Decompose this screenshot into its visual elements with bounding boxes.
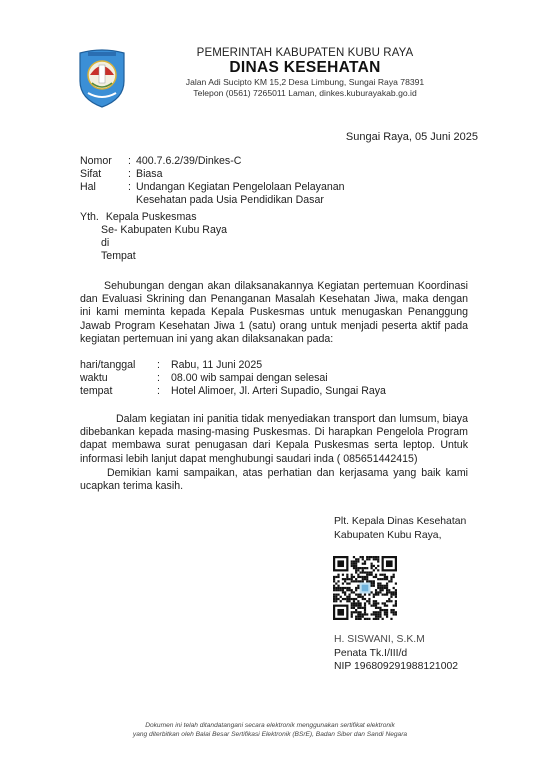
esign-footer: Dokumen ini telah ditandatangani secara … xyxy=(60,722,480,740)
body-paragraph-3: Demikian kami sampaikan, atas perhatian … xyxy=(80,467,468,493)
meta-label: Nomor xyxy=(80,155,128,168)
detail-row-place: tempat : Hotel Alimoer, Jl. Arteri Supad… xyxy=(80,385,386,398)
signer-nip: NIP 196809291988121002 xyxy=(334,660,458,674)
recipient-salutation: Yth. xyxy=(80,211,99,223)
footer-line-1: Dokumen ini telah ditandatangani secara … xyxy=(60,722,480,731)
detail-label: hari/tanggal xyxy=(80,359,146,372)
detail-colon: : xyxy=(146,359,171,372)
department-address: Jalan Adi Sucipto KM 15,2 Desa Limbung, … xyxy=(150,77,460,88)
signer-block: H. SISWANI, S.K.M Penata Tk.I/III/d NIP … xyxy=(334,633,458,674)
meta-value: Biasa xyxy=(136,168,366,181)
body-paragraph-1: Sehubungan dengan akan dilaksanakannya K… xyxy=(80,280,468,346)
detail-row-date: hari/tanggal : Rabu, 11 Juni 2025 xyxy=(80,359,386,372)
meta-row-sifat: Sifat : Biasa xyxy=(80,168,366,181)
government-name: PEMERINTAH KABUPATEN KUBU RAYA xyxy=(150,46,460,60)
detail-label: waktu xyxy=(80,372,146,385)
meta-label: Sifat xyxy=(80,168,128,181)
detail-label: tempat xyxy=(80,385,146,398)
regency-emblem-icon xyxy=(76,47,128,109)
paragraph-3-text: Demikian kami sampaikan, atas perhatian … xyxy=(80,467,468,492)
department-name: DINAS KESEHATAN xyxy=(150,60,460,76)
signature-title-line-2: Kabupaten Kubu Raya, xyxy=(334,529,466,543)
department-contact: Telepon (0561) 7265011 Laman, dinkes.kub… xyxy=(150,88,460,99)
detail-colon: : xyxy=(146,372,171,385)
recipient-block: Yth. Kepala Puskesmas Se- Kabupaten Kubu… xyxy=(80,211,227,263)
letter-meta: Nomor : 400.7.6.2/39/Dinkes-C Sifat : Bi… xyxy=(80,155,366,207)
meta-colon: : xyxy=(128,181,136,207)
qr-code-icon xyxy=(333,556,397,620)
paragraph-1-text: Sehubungan dengan akan dilaksanakannya K… xyxy=(80,280,468,345)
body-paragraph-2: Dalam kegiatan ini panitia tidak menyedi… xyxy=(80,413,468,466)
signer-name: H. SISWANI, S.K.M xyxy=(334,633,458,647)
paragraph-2-text: Dalam kegiatan ini panitia tidak menyedi… xyxy=(80,413,468,465)
footer-line-2: yang diterbitkan oleh Balai Besar Sertif… xyxy=(60,731,480,740)
recipient-di: di xyxy=(80,237,227,250)
detail-value: Hotel Alimoer, Jl. Arteri Supadio, Sunga… xyxy=(171,385,386,398)
meta-label: Hal xyxy=(80,181,128,207)
recipient-title: Kepala Puskesmas xyxy=(106,211,197,223)
meta-value: Undangan Kegiatan Pengelolaan Pelayanan … xyxy=(136,181,366,207)
recipient-region: Se- Kabupaten Kubu Raya xyxy=(80,224,227,237)
recipient-place: Tempat xyxy=(80,250,227,263)
letter-date: Sungai Raya, 05 Juni 2025 xyxy=(346,131,478,143)
letter-page: PEMERINTAH KABUPATEN KUBU RAYA DINAS KES… xyxy=(0,0,540,761)
detail-row-time: waktu : 08.00 wib sampai dengan selesai xyxy=(80,372,386,385)
detail-colon: : xyxy=(146,385,171,398)
meta-value: 400.7.6.2/39/Dinkes-C xyxy=(136,155,366,168)
meta-colon: : xyxy=(128,155,136,168)
letterhead: PEMERINTAH KABUPATEN KUBU RAYA DINAS KES… xyxy=(150,46,460,99)
detail-value: Rabu, 11 Juni 2025 xyxy=(171,359,262,372)
signature-title-line-1: Plt. Kepala Dinas Kesehatan xyxy=(334,515,466,529)
meta-row-hal: Hal : Undangan Kegiatan Pengelolaan Pela… xyxy=(80,181,366,207)
meta-row-nomor: Nomor : 400.7.6.2/39/Dinkes-C xyxy=(80,155,366,168)
event-details: hari/tanggal : Rabu, 11 Juni 2025 waktu … xyxy=(80,359,386,399)
signature-title: Plt. Kepala Dinas Kesehatan Kabupaten Ku… xyxy=(334,515,466,543)
meta-colon: : xyxy=(128,168,136,181)
signer-rank: Penata Tk.I/III/d xyxy=(334,647,458,661)
detail-value: 08.00 wib sampai dengan selesai xyxy=(171,372,328,385)
